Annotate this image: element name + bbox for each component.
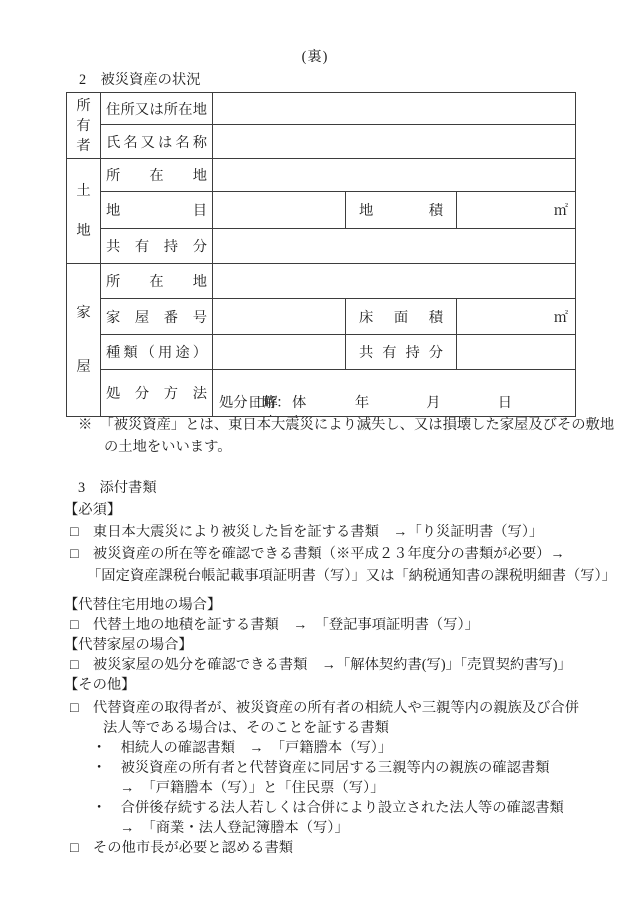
building-disposal-field: □解 体 □売 却 □その他（ ） 処分日時： 年 月 日 <box>213 370 576 417</box>
building-floor-area-unit: ㎡ <box>554 310 568 326</box>
damaged-asset-table: 所 有 者 住所又は所在地 氏名又は名称 土 地 所在地 地目 地積 ㎡ 共有持… <box>66 92 576 417</box>
table-row: 氏名又は名称 <box>67 125 576 159</box>
table-row: 家屋番号 床面積 ㎡ <box>67 299 576 335</box>
land-location-label: 所在地 <box>101 159 213 192</box>
page-side-label: (裏) <box>0 46 630 66</box>
relatives-item-continuation: 法人等である場合は、そのことを証する書類 <box>64 718 624 738</box>
building-share-label: 共有持分 <box>346 335 457 370</box>
section3-heading: 3 添付書類 <box>64 477 624 499</box>
land-area-label: 地積 <box>346 192 457 229</box>
building-share-field[interactable] <box>457 335 576 370</box>
owner-group-cell: 所 有 者 <box>67 93 101 159</box>
document-page: { "page": { "side_label": "(裏)" }, "sect… <box>0 0 630 903</box>
land-group-cell: 土 地 <box>67 159 101 264</box>
building-number-label: 家屋番号 <box>101 299 213 335</box>
building-number-field[interactable] <box>213 299 346 335</box>
attachments-section: 3 添付書類 【必須】 □ 東日本大震災により被災した旨を証する書類 →「り災証… <box>64 477 624 858</box>
building-floor-area-label: 床面積 <box>346 299 457 335</box>
land-share-label: 共有持分 <box>101 229 213 264</box>
asset-definition-note: ※ 「被災資産」とは、東日本大震災により滅失し、又は損壊した家屋及びその敷地 の… <box>78 414 623 458</box>
table-row: 家 屋 所在地 <box>67 264 576 299</box>
land-category-label: 地目 <box>101 192 213 229</box>
attachment-item-continuation: 「固定資産課税台帳記載事項証明書（写）」又は「納税通知書の課税明細書（写）」 <box>64 565 624 587</box>
building-type-label: 種類（用途） <box>101 335 213 370</box>
building-floor-area-field[interactable]: ㎡ <box>457 299 576 335</box>
land-share-field[interactable] <box>213 229 576 264</box>
note-line1: ※ 「被災資産」とは、東日本大震災により滅失し、又は損壊した家屋及びその敷地 <box>78 414 623 436</box>
building-group-label: 家 屋 <box>68 286 99 394</box>
building-disposal-label: 処分方法 <box>101 370 213 417</box>
attachment-checkbox-item-mayor[interactable]: □ その他市長が必要と認める書類 <box>64 838 624 858</box>
merger-bullet-arrow-line: → 「商業・法人登記簿謄本（写）」 <box>64 818 624 838</box>
building-location-label: 所在地 <box>101 264 213 299</box>
building-type-field[interactable] <box>213 335 346 370</box>
other-header: 【その他】 <box>64 675 624 695</box>
owner-address-label: 住所又は所在地 <box>101 93 213 125</box>
alt-house-header: 【代替家屋の場合】 <box>64 635 624 655</box>
required-header: 【必須】 <box>64 499 624 521</box>
owner-name-label: 氏名又は名称 <box>101 125 213 159</box>
table-row: 地目 地積 ㎡ <box>67 192 576 229</box>
section2-heading: 2 被災資産の状況 <box>79 69 201 89</box>
disposal-options-line: □解 体 □売 却 □その他（ ） <box>219 373 575 393</box>
land-location-field[interactable] <box>213 159 576 192</box>
attachment-checkbox-item-asset-location[interactable]: □ 被災資産の所在等を確認できる書類（※平成２３年度分の書類が必要）→ <box>64 543 624 565</box>
building-group-cell: 家 屋 <box>67 264 101 417</box>
land-area-field[interactable]: ㎡ <box>457 192 576 229</box>
owner-name-field[interactable] <box>213 125 576 159</box>
attachment-checkbox-item-alt-land[interactable]: □ 代替土地の地積を証する書類 → 「登記事項証明書（写）」 <box>64 615 624 635</box>
land-area-unit: ㎡ <box>554 203 568 219</box>
attachment-checkbox-item-certificate[interactable]: □ 東日本大震災により被災した旨を証する書類 →「り災証明書（写）」 <box>64 521 624 543</box>
table-row: 土 地 所在地 <box>67 159 576 192</box>
table-row: 所 有 者 住所又は所在地 <box>67 93 576 125</box>
alt-land-header: 【代替住宅用地の場合】 <box>64 595 624 615</box>
owner-group-label: 所 有 者 <box>68 96 99 156</box>
disposal-datetime-line[interactable]: 処分日時： 年 月 日 <box>219 393 575 413</box>
building-location-field[interactable] <box>213 264 576 299</box>
relative-bullet-item: ・ 被災資産の所有者と代替資産に同居する三親等内の親族の確認書類 <box>64 758 624 778</box>
attachment-checkbox-item-alt-house[interactable]: □ 被災家屋の処分を確認できる書類 →「解体契約書(写)」「売買契約書写)」 <box>64 655 624 675</box>
relative-bullet-arrow-line: → 「戸籍謄本（写）」と「住民票（写）」 <box>64 778 624 798</box>
table-row: 種類（用途） 共有持分 <box>67 335 576 370</box>
land-group-label: 土 地 <box>68 171 99 251</box>
land-category-field[interactable] <box>213 192 346 229</box>
merger-bullet-item: ・ 合併後存続する法人若しくは合併により設立された法人等の確認書類 <box>64 798 624 818</box>
attachment-checkbox-item-relatives[interactable]: □ 代替資産の取得者が、被災資産の所有者の相続人や三親等内の親族及び合併 <box>64 698 624 718</box>
table-row: 共有持分 <box>67 229 576 264</box>
owner-address-field[interactable] <box>213 93 576 125</box>
table-row: 処分方法 □解 体 □売 却 □その他（ ） 処分日時： 年 月 日 <box>67 370 576 417</box>
note-line2: の土地をいいます。 <box>78 436 623 458</box>
heir-bullet-item: ・ 相続人の確認書類 → 「戸籍謄本（写）」 <box>64 738 624 758</box>
